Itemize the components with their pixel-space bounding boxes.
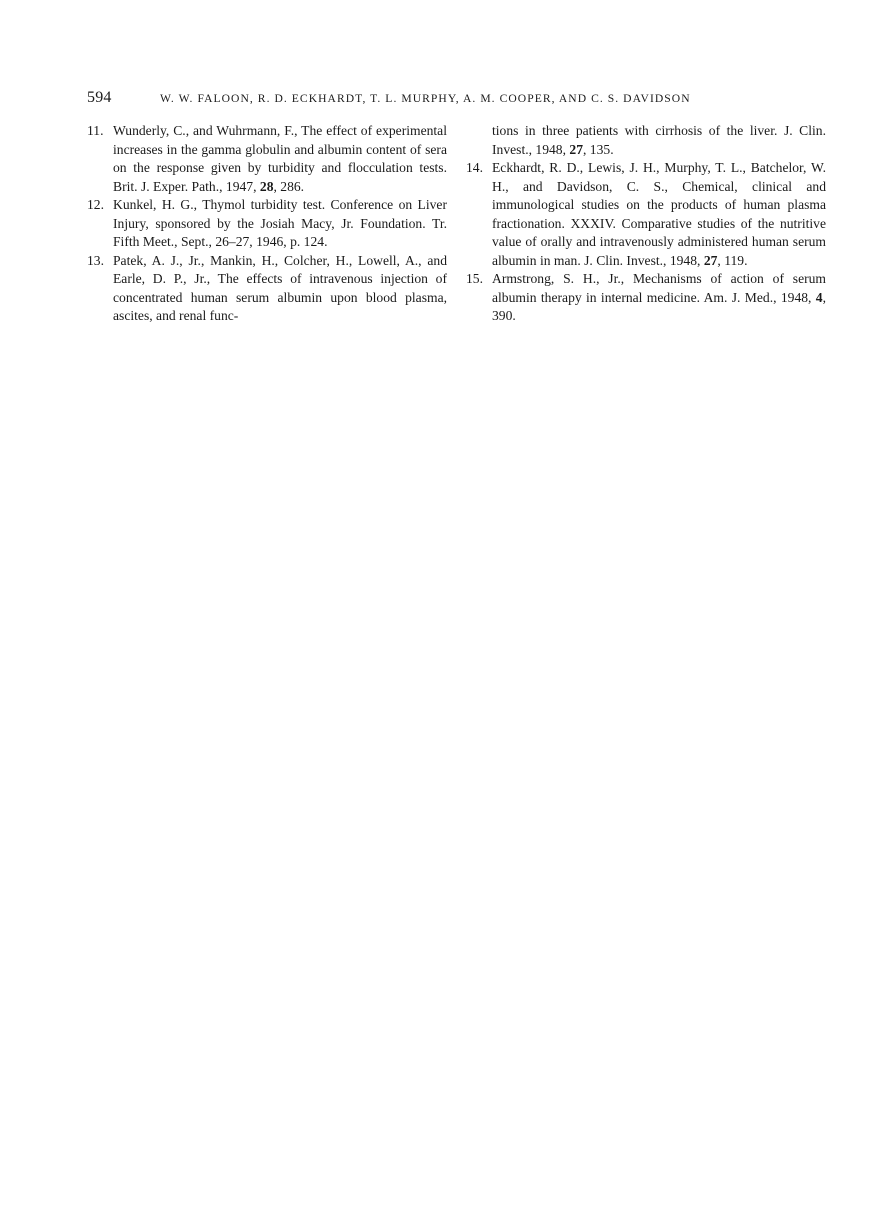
reference-volume: 27 xyxy=(704,253,718,268)
reference-14: 14. Eckhardt, R. D., Lewis, J. H., Murph… xyxy=(466,159,826,270)
reference-12: 12. Kunkel, H. G., Thymol turbidity test… xyxy=(87,196,447,252)
reference-text: Armstrong, S. H., Jr., Mechanisms of act… xyxy=(492,270,826,326)
reference-13-continued: tions in three patients with cirrhosis o… xyxy=(466,122,826,159)
page-number: 594 xyxy=(87,89,112,107)
reference-pages: , 286. xyxy=(273,179,304,194)
reference-text: Patek, A. J., Jr., Mankin, H., Colcher, … xyxy=(113,252,447,326)
reference-text: Eckhardt, R. D., Lewis, J. H., Murphy, T… xyxy=(492,159,826,270)
reference-citation: Eckhardt, R. D., Lewis, J. H., Murphy, T… xyxy=(492,160,826,268)
reference-text: Wunderly, C., and Wuhrmann, F., The effe… xyxy=(113,122,447,196)
reference-number: 14. xyxy=(466,159,483,178)
reference-text: Kunkel, H. G., Thymol turbidity test. Co… xyxy=(113,196,447,252)
reference-15: 15. Armstrong, S. H., Jr., Mechanisms of… xyxy=(466,270,826,326)
reference-pages: , 135. xyxy=(583,142,614,157)
reference-number: 11. xyxy=(87,122,104,141)
reference-number: 13. xyxy=(87,252,104,271)
references-right-column: tions in three patients with cirrhosis o… xyxy=(466,122,826,326)
reference-citation: Armstrong, S. H., Jr., Mechanisms of act… xyxy=(492,271,826,305)
page-header: 594 W. W. FALOON, R. D. ECKHARDT, T. L. … xyxy=(87,89,827,111)
reference-11: 11. Wunderly, C., and Wuhrmann, F., The … xyxy=(87,122,447,196)
reference-13: 13. Patek, A. J., Jr., Mankin, H., Colch… xyxy=(87,252,447,326)
reference-number: 15. xyxy=(466,270,483,289)
reference-number: 12. xyxy=(87,196,104,215)
running-head-authors: W. W. FALOON, R. D. ECKHARDT, T. L. MURP… xyxy=(160,92,691,105)
reference-volume: 28 xyxy=(260,179,274,194)
reference-pages: , 119. xyxy=(717,253,747,268)
reference-citation: tions in three patients with cirrhosis o… xyxy=(492,123,826,157)
references-left-column: 11. Wunderly, C., and Wuhrmann, F., The … xyxy=(87,122,447,326)
reference-volume: 27 xyxy=(569,142,583,157)
reference-volume: 4 xyxy=(816,290,823,305)
